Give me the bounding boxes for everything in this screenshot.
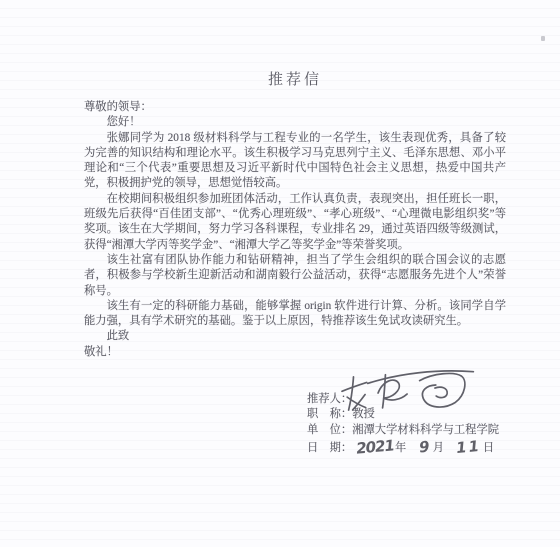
recommender-row: 推荐人： (307, 392, 499, 407)
closing-jingli: 敬礼！ (84, 345, 506, 360)
recommender-label: 推荐人： (307, 393, 352, 405)
handwritten-day: 11 (455, 439, 481, 457)
letter-title: 推荐信 (84, 68, 506, 89)
year-suffix: 年 (395, 442, 406, 454)
month-suffix: 月 (433, 442, 444, 454)
scanned-letter-page: 推荐信 尊敬的领导： 您好！ 张娜同学为 2018 级材料科学与工程专业的一名学… (0, 0, 560, 547)
letter-paragraph: 该生有一定的科研能力基础，能够掌握 origin 软件进行计算、分析。该同学自学… (84, 299, 506, 330)
letter-paragraph: 在校期间积极组织参加班团体活动，工作认真负责，表现突出，担任班长一职，班级先后获… (84, 192, 506, 253)
title-row: 职 称：教授 (307, 407, 499, 422)
date-row: 日 期：2021年9月11日 (307, 439, 499, 458)
salutation: 尊敬的领导： (84, 100, 506, 115)
letter-paragraph: 张娜同学为 2018 级材料科学与工程专业的一名学生，该生表现优秀，具备了较为完… (84, 131, 506, 192)
letter-body: 尊敬的领导： 您好！ 张娜同学为 2018 级材料科学与工程专业的一名学生，该生… (84, 100, 506, 360)
unit-label: 单 位： (307, 424, 352, 436)
greeting: 您好！ (84, 115, 506, 130)
closing-zhici: 此致 (84, 329, 506, 344)
letter-content: 推荐信 尊敬的领导： 您好！ 张娜同学为 2018 级材料科学与工程专业的一名学… (84, 68, 506, 360)
letter-paragraph: 该生社富有团队协作能力和钻研精神，担当了学生会组织的联合国会议的志愿者，积极参与… (84, 253, 506, 299)
signature-block: 推荐人： 职 称：教授 单 位：湘潭大学材料科学与工程学院 日 期：2021年9… (307, 392, 499, 458)
scan-artifact-speck (541, 36, 545, 41)
date-label: 日 期： (307, 442, 352, 454)
day-suffix: 日 (483, 442, 494, 454)
unit-value: 湘潭大学材料科学与工程学院 (352, 424, 499, 436)
handwritten-year: 2021 (356, 438, 395, 457)
unit-row: 单 位：湘潭大学材料科学与工程学院 (307, 423, 499, 438)
title-value: 教授 (352, 408, 375, 420)
title-label: 职 称： (307, 408, 352, 420)
handwritten-month: 9 (419, 440, 431, 456)
